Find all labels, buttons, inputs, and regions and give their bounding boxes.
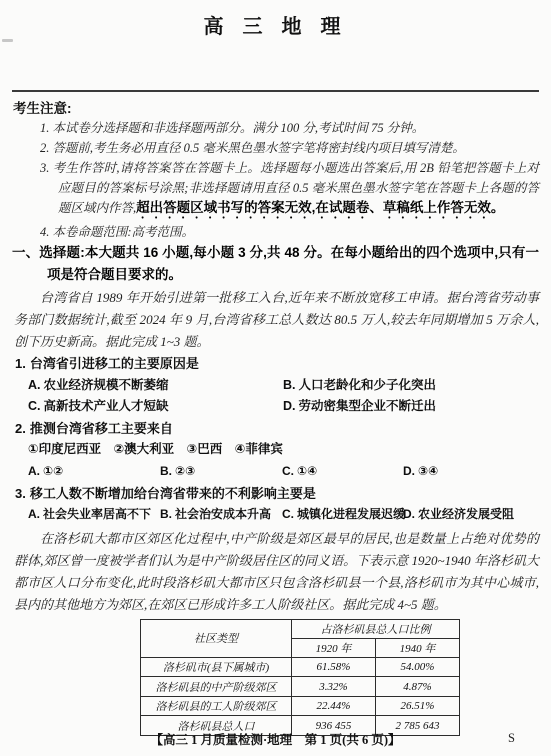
notice-item-text: 本试卷分选择题和非选择题两部分。满分 100 分,考试时间 75 分钟。 xyxy=(52,121,424,135)
option-text: 农业经济规模不断萎缩 xyxy=(44,378,169,392)
header-divider xyxy=(12,90,539,92)
table-col-header-1940: 1940 年 xyxy=(376,638,460,657)
question-3: 3.移工人数不断增加给台湾省带来的不利影响主要是 A.社会失业率居高不下 B.社… xyxy=(15,483,539,526)
option-c: C.城镇化进程发展迟缓 xyxy=(282,504,403,526)
question-2-options: A.①② B.②③ C.①④ D.③④ xyxy=(28,461,539,483)
row-label: 洛杉矶县的工人阶级郊区 xyxy=(141,696,292,716)
option-text: 社会治安成本升高 xyxy=(175,507,271,521)
section-one-heading: 一、选择题:本大题共 16 小题,每小题 3 分,共 48 分。在每小题给出的四… xyxy=(8,242,539,285)
notice-item-3: 3.考生作答时,请将答案答在答题卡上。选择题每小题选出答案后,用 2B 铅笔把答… xyxy=(12,158,539,222)
question-3-options: A.社会失业率居高不下 B.社会治安成本升高 C.城镇化进程发展迟缓 D.农业经… xyxy=(28,504,539,526)
option-d: D.③④ xyxy=(403,461,539,483)
option-text: ①④ xyxy=(297,464,317,478)
section-heading-text: 选择题:本大题共 16 小题,每小题 3 分,共 48 分。在每小题给出的四个选… xyxy=(39,245,539,282)
option-text: 社会失业率居高不下 xyxy=(43,507,151,521)
value-1920: 61.58% xyxy=(292,657,376,677)
notice-item-number: 2. xyxy=(40,141,49,155)
option-label: B. xyxy=(283,378,296,392)
table-corner-header: 社区类型 xyxy=(141,619,292,657)
question-1-stem: 1.台湾省引进移工的主要原因是 xyxy=(15,353,539,375)
value-1940: 4.87% xyxy=(376,677,460,697)
question-3-stem: 3.移工人数不断增加给台湾省带来的不利影响主要是 xyxy=(15,483,539,505)
question-stem-text: 台湾省引进移工的主要原因是 xyxy=(30,356,199,371)
notice-item-2: 2.答题前,考生务必用直径 0.5 毫米黑色墨水签字笔将密封线内项目填写清楚。 xyxy=(12,138,539,158)
row-label: 洛杉矶市(县下属城市) xyxy=(141,657,292,677)
option-a: A.农业经济规模不断萎缩 xyxy=(28,375,283,397)
option-c: C.高新技术产业人才短缺 xyxy=(28,396,283,418)
page-corner-letter: S xyxy=(508,731,515,746)
option-a: A.①② xyxy=(28,461,160,483)
question-2-numbered-items: ①印度尼西亚 ②澳大利亚 ③巴西 ④菲律宾 xyxy=(28,439,539,461)
passage-los-angeles-suburbanization: 在洛杉矶大都市区郊区化过程中,中产阶级是郊区最早的居民,也是数量上占绝对优势的群… xyxy=(14,528,539,616)
option-text: 人口老龄化和少子化突出 xyxy=(299,378,437,392)
notice-item-number: 3. xyxy=(40,161,49,175)
question-2: 2.推测台湾省移工主要来自 ①印度尼西亚 ②澳大利亚 ③巴西 ④菲律宾 A.①②… xyxy=(15,418,539,483)
option-text: 城镇化进程发展迟缓 xyxy=(297,507,405,521)
table-row: 洛杉矶市(县下属城市) 61.58% 54.00% xyxy=(141,657,460,677)
value-1940: 54.00% xyxy=(376,657,460,677)
option-text: 高新技术产业人才短缺 xyxy=(44,399,169,413)
option-text: ②③ xyxy=(175,464,195,478)
question-stem-text: 推测台湾省移工主要来自 xyxy=(30,421,173,436)
question-2-stem: 2.推测台湾省移工主要来自 xyxy=(15,418,539,440)
notice-item-text: 本卷命题范围:高考范围。 xyxy=(52,225,194,239)
option-b: B.社会治安成本升高 xyxy=(160,504,282,526)
option-label: D. xyxy=(403,464,415,478)
notice-emphasized-warning: 超出答题区域书写的答案无效,在试题卷、草稿纸上作答无效。 xyxy=(136,200,504,215)
value-1940: 26.51% xyxy=(376,696,460,716)
option-b: B.人口老龄化和少子化突出 xyxy=(283,375,539,397)
passage-taiwan-migrant-workers: 台湾省自 1989 年开始引进第一批移工入台,近年来不断放宽移工申请。据台湾省劳… xyxy=(14,287,539,353)
question-number: 3. xyxy=(15,486,26,501)
notice-item-4: 4.本卷命题范围:高考范围。 xyxy=(12,222,539,242)
option-label: D. xyxy=(403,507,415,521)
row-label: 洛杉矶县的中产阶级郊区 xyxy=(141,677,292,697)
option-b: B.②③ xyxy=(160,461,282,483)
option-d: D.劳动密集型企业不断迁出 xyxy=(283,396,539,418)
notice-item-number: 1. xyxy=(40,121,49,135)
page-title: 高 三 地 理 xyxy=(12,0,539,40)
option-label: C. xyxy=(282,464,294,478)
notice-item-1: 1.本试卷分选择题和非选择题两部分。满分 100 分,考试时间 75 分钟。 xyxy=(12,118,539,138)
option-label: D. xyxy=(283,399,296,413)
table-span-header: 占洛杉矶县总人口比例 xyxy=(292,619,460,638)
option-label: B. xyxy=(160,464,172,478)
notice-heading: 考生注意: xyxy=(13,100,539,118)
option-text: 农业经济发展受阻 xyxy=(418,507,514,521)
option-label: A. xyxy=(28,378,41,392)
table-row: 洛杉矶县的工人阶级郊区 22.44% 26.51% xyxy=(141,696,460,716)
option-text: 劳动密集型企业不断迁出 xyxy=(299,399,437,413)
option-label: A. xyxy=(28,507,40,521)
question-stem-text: 移工人数不断增加给台湾省带来的不利影响主要是 xyxy=(30,486,316,501)
option-label: B. xyxy=(160,507,172,521)
option-label: A. xyxy=(28,464,40,478)
notice-item-number: 4. xyxy=(40,225,49,239)
option-label: C. xyxy=(282,507,294,521)
page-footer: 【高三 1 月质量检测·地理 第 1 页(共 6 页)】 xyxy=(0,730,551,748)
option-c: C.①④ xyxy=(282,461,403,483)
question-1-options: A.农业经济规模不断萎缩 B.人口老龄化和少子化突出 C.高新技术产业人才短缺 … xyxy=(28,375,539,418)
notice-item-text: 答题前,考生务必用直径 0.5 毫米黑色墨水签字笔将密封线内项目填写清楚。 xyxy=(52,141,465,155)
question-number: 2. xyxy=(15,421,26,436)
option-d: D.农业经济发展受阻 xyxy=(403,504,539,526)
option-text: ①② xyxy=(43,464,63,478)
question-number: 1. xyxy=(15,356,26,371)
option-label: C. xyxy=(28,399,41,413)
table-header-row-1: 社区类型 占洛杉矶县总人口比例 xyxy=(141,619,460,638)
exam-paper-page: 高 三 地 理 考生注意: 1.本试卷分选择题和非选择题两部分。满分 100 分… xyxy=(0,0,551,756)
scan-artifact-mark xyxy=(2,39,13,42)
table-col-header-1920: 1920 年 xyxy=(292,638,376,657)
la-population-table: 社区类型 占洛杉矶县总人口比例 1920 年 1940 年 洛杉矶市(县下属城市… xyxy=(140,619,460,736)
question-1: 1.台湾省引进移工的主要原因是 A.农业经济规模不断萎缩 B.人口老龄化和少子化… xyxy=(15,353,539,418)
section-number: 一、 xyxy=(12,245,39,260)
option-text: ③④ xyxy=(418,464,438,478)
value-1920: 22.44% xyxy=(292,696,376,716)
option-a: A.社会失业率居高不下 xyxy=(28,504,160,526)
table-row: 洛杉矶县的中产阶级郊区 3.32% 4.87% xyxy=(141,677,460,697)
value-1920: 3.32% xyxy=(292,677,376,697)
